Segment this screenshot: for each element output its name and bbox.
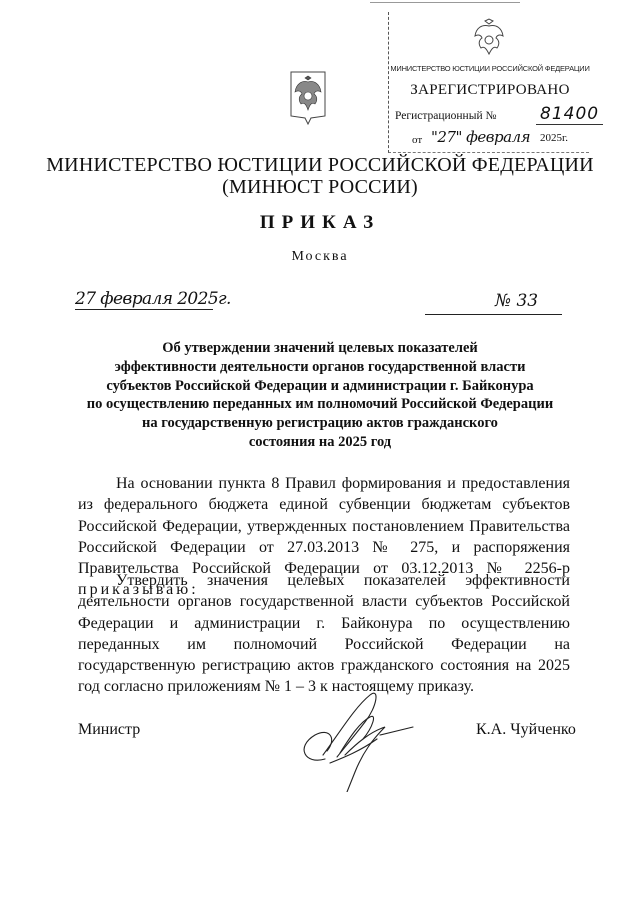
ministry-name: МИНИСТЕРСТВО ЮСТИЦИИ РОССИЙСКОЙ ФЕДЕРАЦИ… (0, 154, 640, 176)
signer-position: Министр (78, 721, 140, 739)
stamp-reg-number: 81400 (536, 104, 603, 125)
signer-name: К.А. Чуйченко (476, 721, 576, 739)
ministry-short-name: (МИНЮСТ РОССИИ) (0, 176, 640, 198)
title-line: по осуществлению переданных им полномочи… (60, 395, 580, 414)
order-title: Об утверждении значений целевых показате… (60, 339, 580, 452)
title-line: эффективности деятельности органов госуд… (60, 358, 580, 377)
ministry-header: МИНИСТЕРСТВО ЮСТИЦИИ РОССИЙСКОЙ ФЕДЕРАЦИ… (0, 154, 640, 198)
document-type: ПРИКАЗ (0, 212, 640, 234)
title-line: Об утверждении значений целевых показате… (60, 339, 580, 358)
stamp-registered-label: ЗАРЕГИСТРИРОВАНО (390, 82, 590, 99)
stamp-reg-number-label: Регистрационный № (395, 110, 496, 122)
handwritten-signature-icon (285, 677, 415, 792)
title-line: на государственную регистрацию актов гра… (60, 414, 580, 433)
stamp-ministry-name: МИНИСТЕРСТВО ЮСТИЦИИ РОССИЙСКОЙ ФЕДЕРАЦИ… (390, 64, 590, 73)
coat-of-arms-icon (289, 70, 327, 128)
stamp-emblem-icon (470, 18, 508, 58)
city: Москва (0, 249, 640, 265)
title-line: состояния на 2025 год (60, 433, 580, 452)
title-line: субъектов Российской Федерации и админис… (60, 377, 580, 396)
stamp-top-line (370, 2, 520, 3)
order-number: № 33 (495, 291, 538, 311)
preamble-text: На основании пункта 8 Правил формировани… (78, 475, 570, 577)
order-date: 27 февраля 2025г. (75, 289, 213, 310)
order-number-line (425, 290, 562, 315)
stamp-date-label: от (412, 134, 422, 146)
stamp-date-handwritten: "27" февраля (431, 128, 530, 146)
stamp-year: 2025г. (540, 132, 568, 144)
